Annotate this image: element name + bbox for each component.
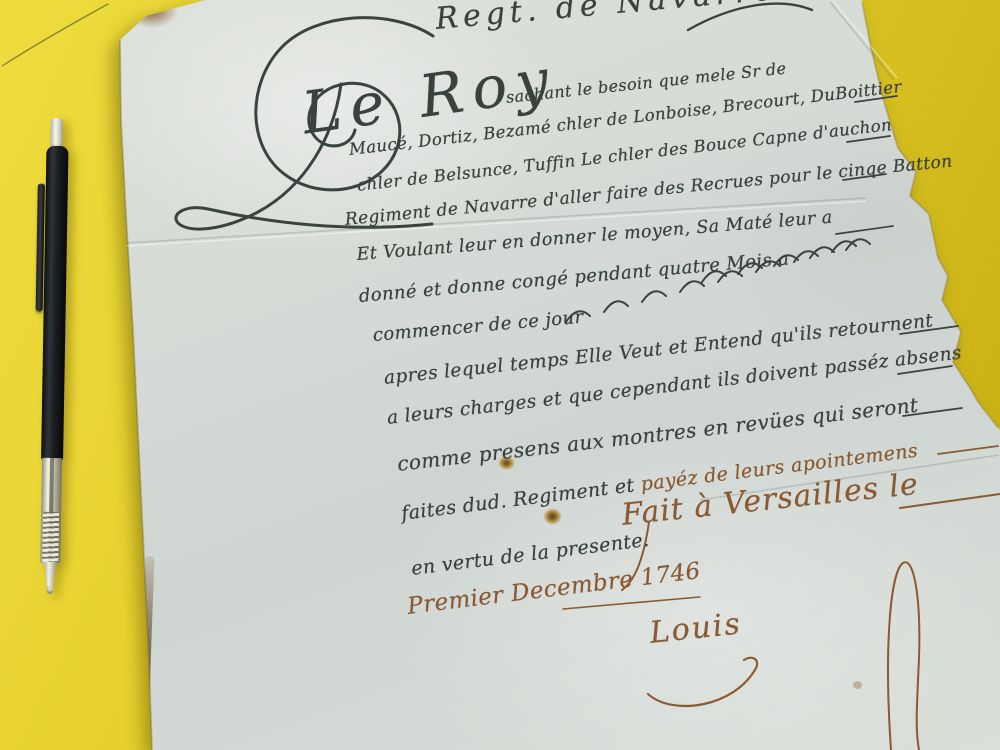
stain-left-edge xyxy=(139,556,155,750)
photo-scene: Regt. de Navarre Le Roy sachant le besoi… xyxy=(0,0,1000,750)
burn-stain-top-edge xyxy=(126,0,178,28)
wax-spot-2 xyxy=(543,508,562,525)
small-spot-left xyxy=(127,352,134,359)
small-spot-bottom-right xyxy=(853,681,862,689)
